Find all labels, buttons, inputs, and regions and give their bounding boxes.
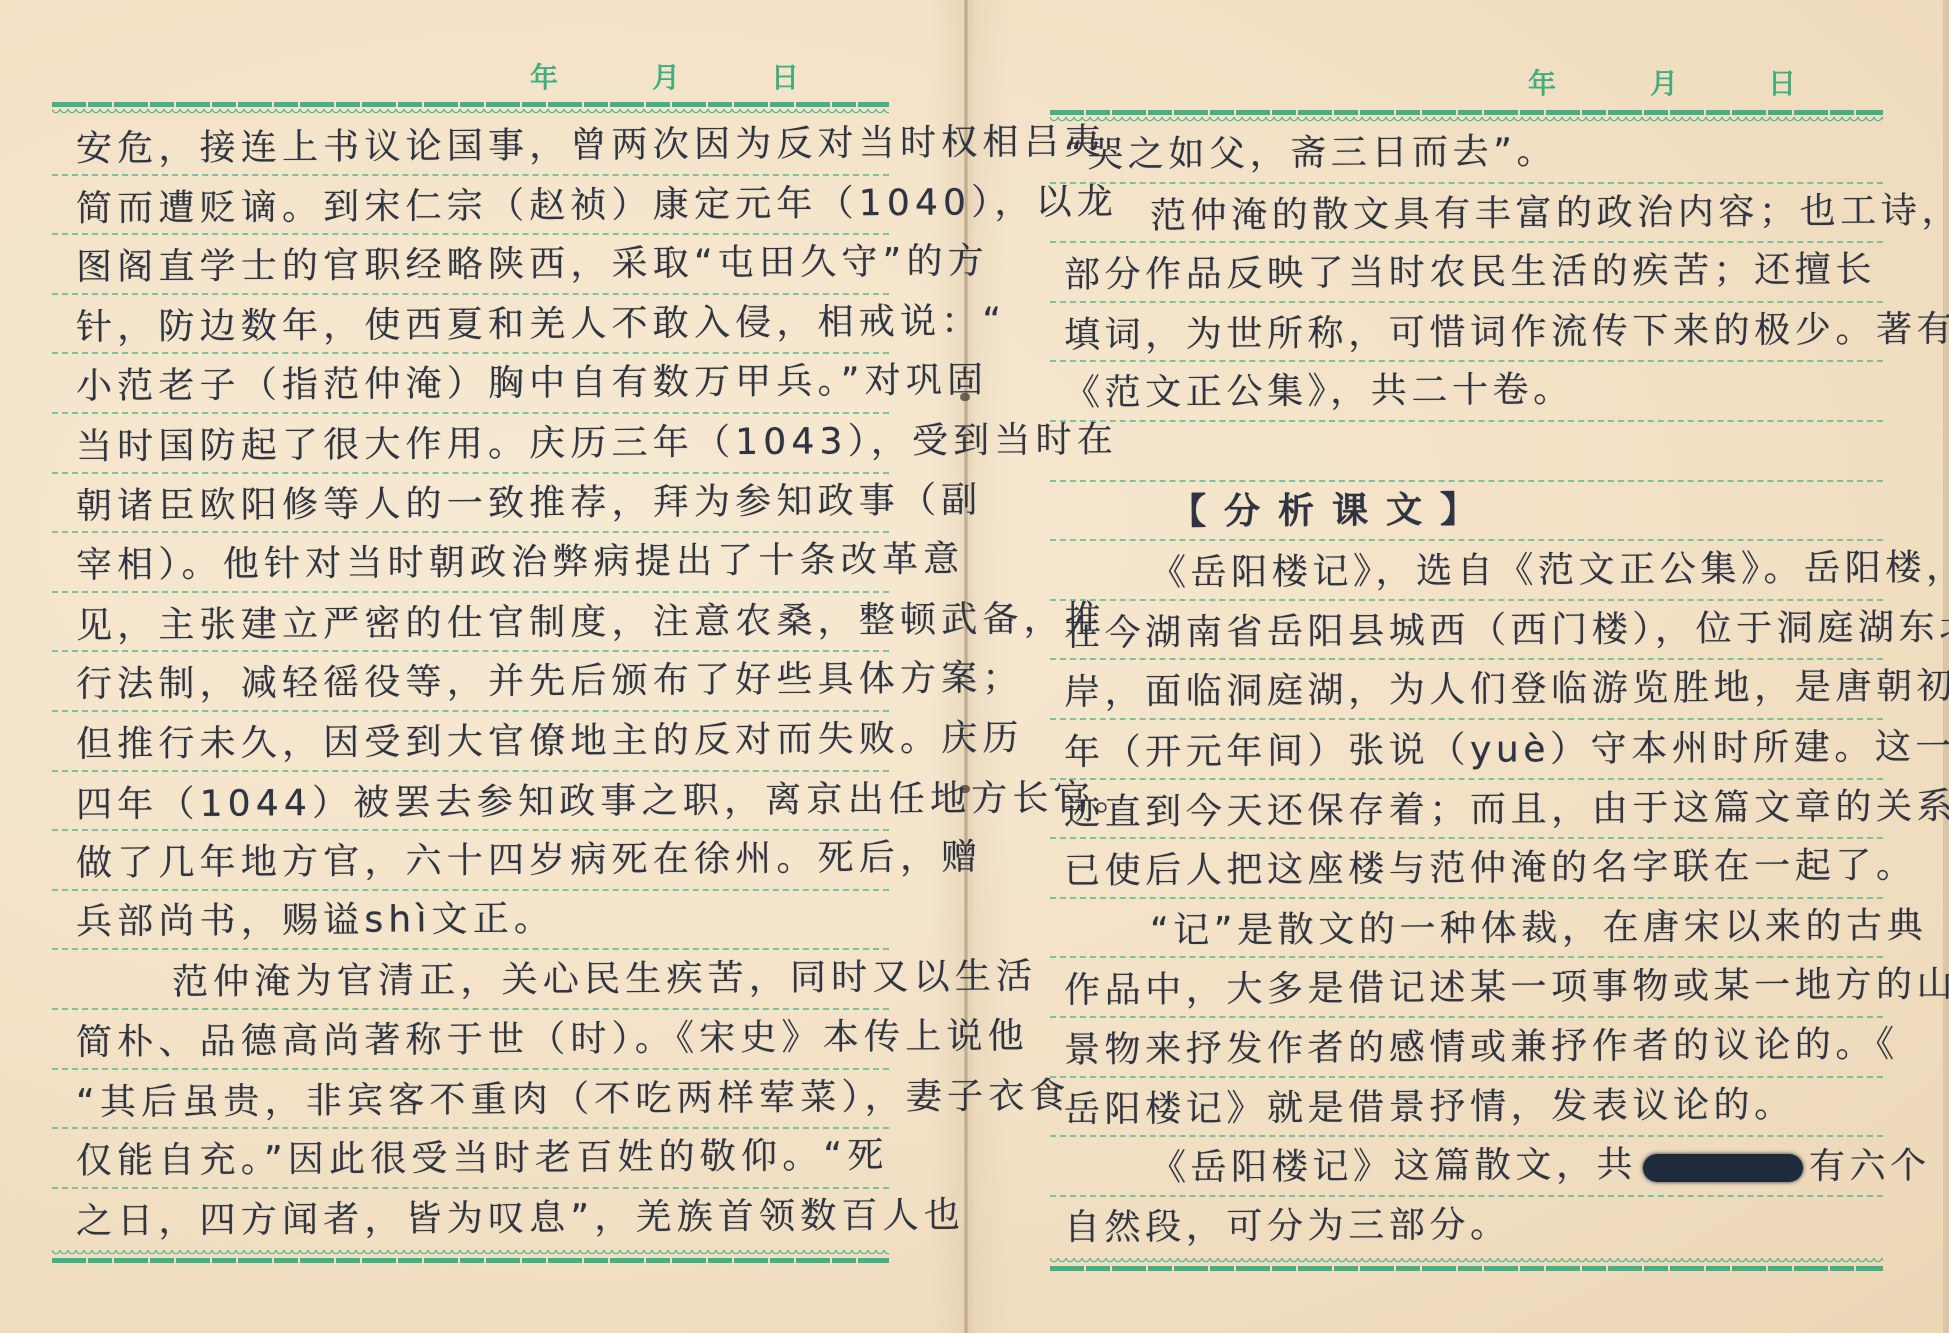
text-line: 迹直到今天还保存着；而且，由于这篇文章的关系， — [1050, 780, 1883, 840]
bottom-border — [1050, 1258, 1883, 1272]
text-line: 见，主张建立严密的仕官制度，注意农桑，整顿武备，推 — [52, 593, 889, 653]
right-page: 年 月 日 “哭之如父，斋三日而去”。 范仲淹的散文具有丰富的政治内容；也工诗，… — [968, 0, 1949, 1333]
month-label: 月 — [652, 56, 680, 96]
text-line: 《范文正公集》，共二十卷。 — [1050, 362, 1883, 422]
text-line: 安危，接连上书议论国事，曾两次因为反对当时权相吕夷 — [52, 116, 889, 176]
text-line: 当时国防起了很大作用。庆历三年（1043），受到当时在 — [52, 414, 889, 474]
text-line: 简朴、品德高尚著称于世（时）。《宋史》本传上说他 — [52, 1010, 889, 1070]
text-line: 但推行未久，因受到大官僚地主的反对而失败。庆历 — [52, 712, 889, 772]
text-line: “哭之如父，斋三日而去”。 — [1050, 124, 1883, 184]
year-label: 年 — [1528, 62, 1556, 102]
section-heading: 【分析课文】 — [1050, 482, 1883, 542]
text-line: 小范老子（指范仲淹）胸中自有数万甲兵。”对巩固 — [52, 354, 889, 414]
text-line: 仅能自充。”因此很受当时老百姓的敬仰。“死 — [52, 1129, 889, 1189]
top-border — [1050, 110, 1883, 124]
bottom-border — [52, 1250, 889, 1264]
text-line: 宰相）。他针对当时朝政治弊病提出了十条改革意 — [52, 533, 889, 593]
day-label: 日 — [771, 56, 799, 96]
text-line: 作品中，大多是借记述某一项事物或某一地方的山水 — [1050, 958, 1883, 1018]
notebook-spread: 年 月 日 安危，接连上书议论国事，曾两次因为反对当时权相吕夷 简而遭贬谪。到宋… — [0, 0, 1949, 1333]
paragraph-start-line: 《岳阳楼记》，选自《范文正公集》。岳阳楼， — [1050, 541, 1883, 601]
text-line: 之日，四方闻者，皆为叹息”，羌族首领数百人也 — [52, 1189, 889, 1249]
text-line: 填词，为世所称，可惜词作流传下来的极少。著有 — [1050, 303, 1883, 363]
text-line: 年（开元年间）张说（yuè）守本州时所建。这一名胜古 — [1050, 720, 1883, 780]
text-line: 已使后人把这座楼与范仲淹的名字联在一起了。 — [1050, 839, 1883, 899]
text-line: 在今湖南省岳阳县城西（西门楼），位于洞庭湖东北 — [1050, 601, 1883, 661]
text-line: 朝诸臣欧阳修等人的一致推荐，拜为参知政事（副 — [52, 474, 889, 534]
text-line: 自然段，可分为三部分。 — [1050, 1197, 1883, 1257]
left-page: 年 月 日 安危，接连上书议论国事，曾两次因为反对当时权相吕夷 简而遭贬谪。到宋… — [0, 0, 964, 1333]
text-line: 部分作品反映了当时农民生活的疾苦；还擅长 — [1050, 243, 1883, 303]
text-line: 四年（1044）被罢去参知政事之职，离京出任地方长官。 — [52, 772, 889, 832]
scribbled-out-text — [1643, 1154, 1803, 1182]
text-line: 景物来抒发作者的感情或兼抒作者的议论的。《 — [1050, 1018, 1883, 1078]
blank-line — [1050, 422, 1883, 482]
ruled-lines: “哭之如父，斋三日而去”。 范仲淹的散文具有丰富的政治内容；也工诗， 部分作品反… — [1050, 124, 1883, 1256]
text-line: “其后虽贵，非宾客不重肉（不吃两样荤菜），妻子衣食 — [52, 1070, 889, 1130]
text-line: 做了几年地方官，六十四岁病死在徐州。死后，赠 — [52, 831, 889, 891]
text-line: 行法制，减轻徭役等，并先后颁布了好些具体方案； — [52, 652, 889, 712]
text-line: 兵部尚书，赐谥shì文正。 — [52, 891, 889, 951]
date-header: 年 月 日 — [968, 62, 1949, 102]
text-line: 岳阳楼记》就是借景抒情，发表议论的。 — [1050, 1078, 1883, 1138]
year-label: 年 — [530, 56, 558, 96]
text-line: 针，防边数年，使西夏和羌人不敢入侵，相戒说：“ — [52, 295, 889, 355]
paragraph-start-line: 范仲淹的散文具有丰富的政治内容；也工诗， — [1050, 184, 1883, 244]
text-line: 岸，面临洞庭湖，为人们登临游览胜地，是唐朝初 — [1050, 660, 1883, 720]
text-line: 图阁直学士的官职经略陕西，采取“屯田久守”的方 — [52, 235, 889, 295]
date-header: 年 月 日 — [0, 56, 964, 96]
month-label: 月 — [1650, 62, 1678, 102]
paragraph-start-line: 《岳阳楼记》这篇散文，共有六个 — [1050, 1137, 1883, 1197]
ruled-lines: 安危，接连上书议论国事，曾两次因为反对当时权相吕夷 简而遭贬谪。到宋仁宗（赵祯）… — [52, 116, 889, 1248]
text-line: 简而遭贬谪。到宋仁宗（赵祯）康定元年（1040），以龙 — [52, 176, 889, 236]
paragraph-start-line: “记”是散文的一种体裁，在唐宋以来的古典 — [1050, 899, 1883, 959]
day-label: 日 — [1768, 62, 1796, 102]
paragraph-start-line: 范仲淹为官清正，关心民生疾苦，同时又以生活 — [52, 950, 889, 1010]
